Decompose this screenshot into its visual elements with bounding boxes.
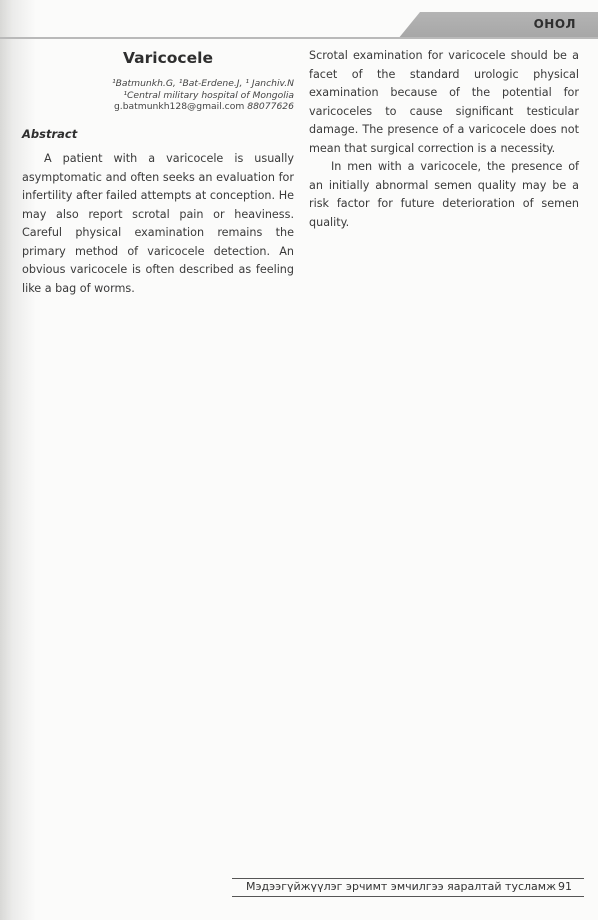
running-footer: Мэдээгүйжүүлэг эрчимт эмчилгээ яаралтай …	[246, 880, 572, 893]
abstract-paragraph-1: A patient with a varicocele is usually a…	[22, 150, 294, 298]
footer-rule-bottom	[232, 896, 584, 897]
author-block: ¹Batmunkh.G, ¹Bat-Erdene.J, ¹ Janchiv.N …	[22, 78, 294, 113]
journal-title: Мэдээгүйжүүлэг эрчимт эмчилгээ яаралтай …	[246, 880, 556, 893]
left-column: Varicocele ¹Batmunkh.G, ¹Bat-Erdene.J, ¹…	[22, 48, 294, 298]
abstract-paragraph-3: In men with a varicocele, the presence o…	[309, 158, 579, 232]
abstract-paragraph-2: Scrotal examination for varicocele shoul…	[309, 47, 579, 158]
footer-rule-top	[232, 878, 584, 879]
page-number: 91	[558, 880, 572, 893]
article-title: Varicocele	[22, 48, 294, 68]
section-tab-label: ОНОЛ	[534, 17, 576, 31]
phone-number: 88077626	[247, 101, 294, 112]
section-tab: ОНОЛ	[398, 12, 598, 39]
email-link[interactable]: g.batmunkh128@gmail.com	[114, 101, 244, 112]
affiliation: ¹Central military hospital of Mongolia	[22, 90, 294, 102]
contact-line: g.batmunkh128@gmail.com 88077626	[22, 101, 294, 113]
abstract-heading: Abstract	[22, 125, 294, 144]
right-column: Scrotal examination for varicocele shoul…	[309, 47, 579, 232]
header-rule	[0, 37, 598, 39]
authors-line: ¹Batmunkh.G, ¹Bat-Erdene.J, ¹ Janchiv.N	[22, 78, 294, 90]
